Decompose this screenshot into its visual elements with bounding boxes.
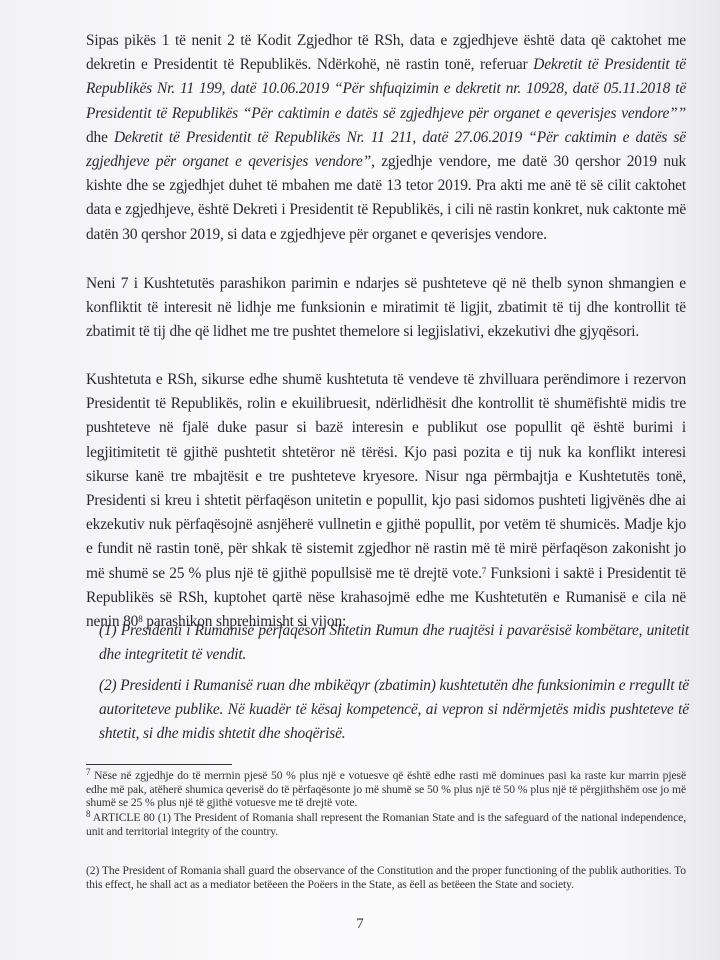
paragraph-constitution-role: Kushtetuta e RSh, sikurse edhe shumë kus… [86,368,686,634]
quote-article-80-1: (1) Presidenti i Rumanisë përfaqëson Sht… [99,619,689,667]
footnote-marker: 8 [86,809,90,819]
footnote-7: 7 Nëse në zgjedhje do të merrnin pjesë 5… [86,769,686,810]
footnote-8-continuation: (2) The President of Romania shall guard… [86,864,686,891]
page-number: 7 [0,916,720,933]
footnote-marker: 7 [86,767,90,777]
document-page: Sipas pikës 1 të nenit 2 të Kodit Zgjedh… [0,0,720,960]
paragraph-electoral-code: Sipas pikës 1 të nenit 2 të Kodit Zgjedh… [86,29,686,247]
footnote-divider [86,764,232,765]
paragraph-text: dhe [86,129,114,146]
quote-article-80-2: (2) Presidenti i Rumanisë ruan dhe mbikë… [99,674,689,746]
footnote-ref-7[interactable]: 7 [482,566,486,576]
paragraph-text: Kushtetuta e RSh, sikurse edhe shumë kus… [86,371,686,582]
paragraph-separation-of-powers: Neni 7 i Kushtetutës parashikon parimin … [86,272,686,345]
footnote-8: 8 ARTICLE 80 (1) The President of Romani… [86,811,686,838]
footnote-text: ARTICLE 80 (1) The President of Romania … [86,811,686,838]
footnote-text: Nëse në zgjedhje do të merrnin pjesë 50 … [86,769,686,809]
